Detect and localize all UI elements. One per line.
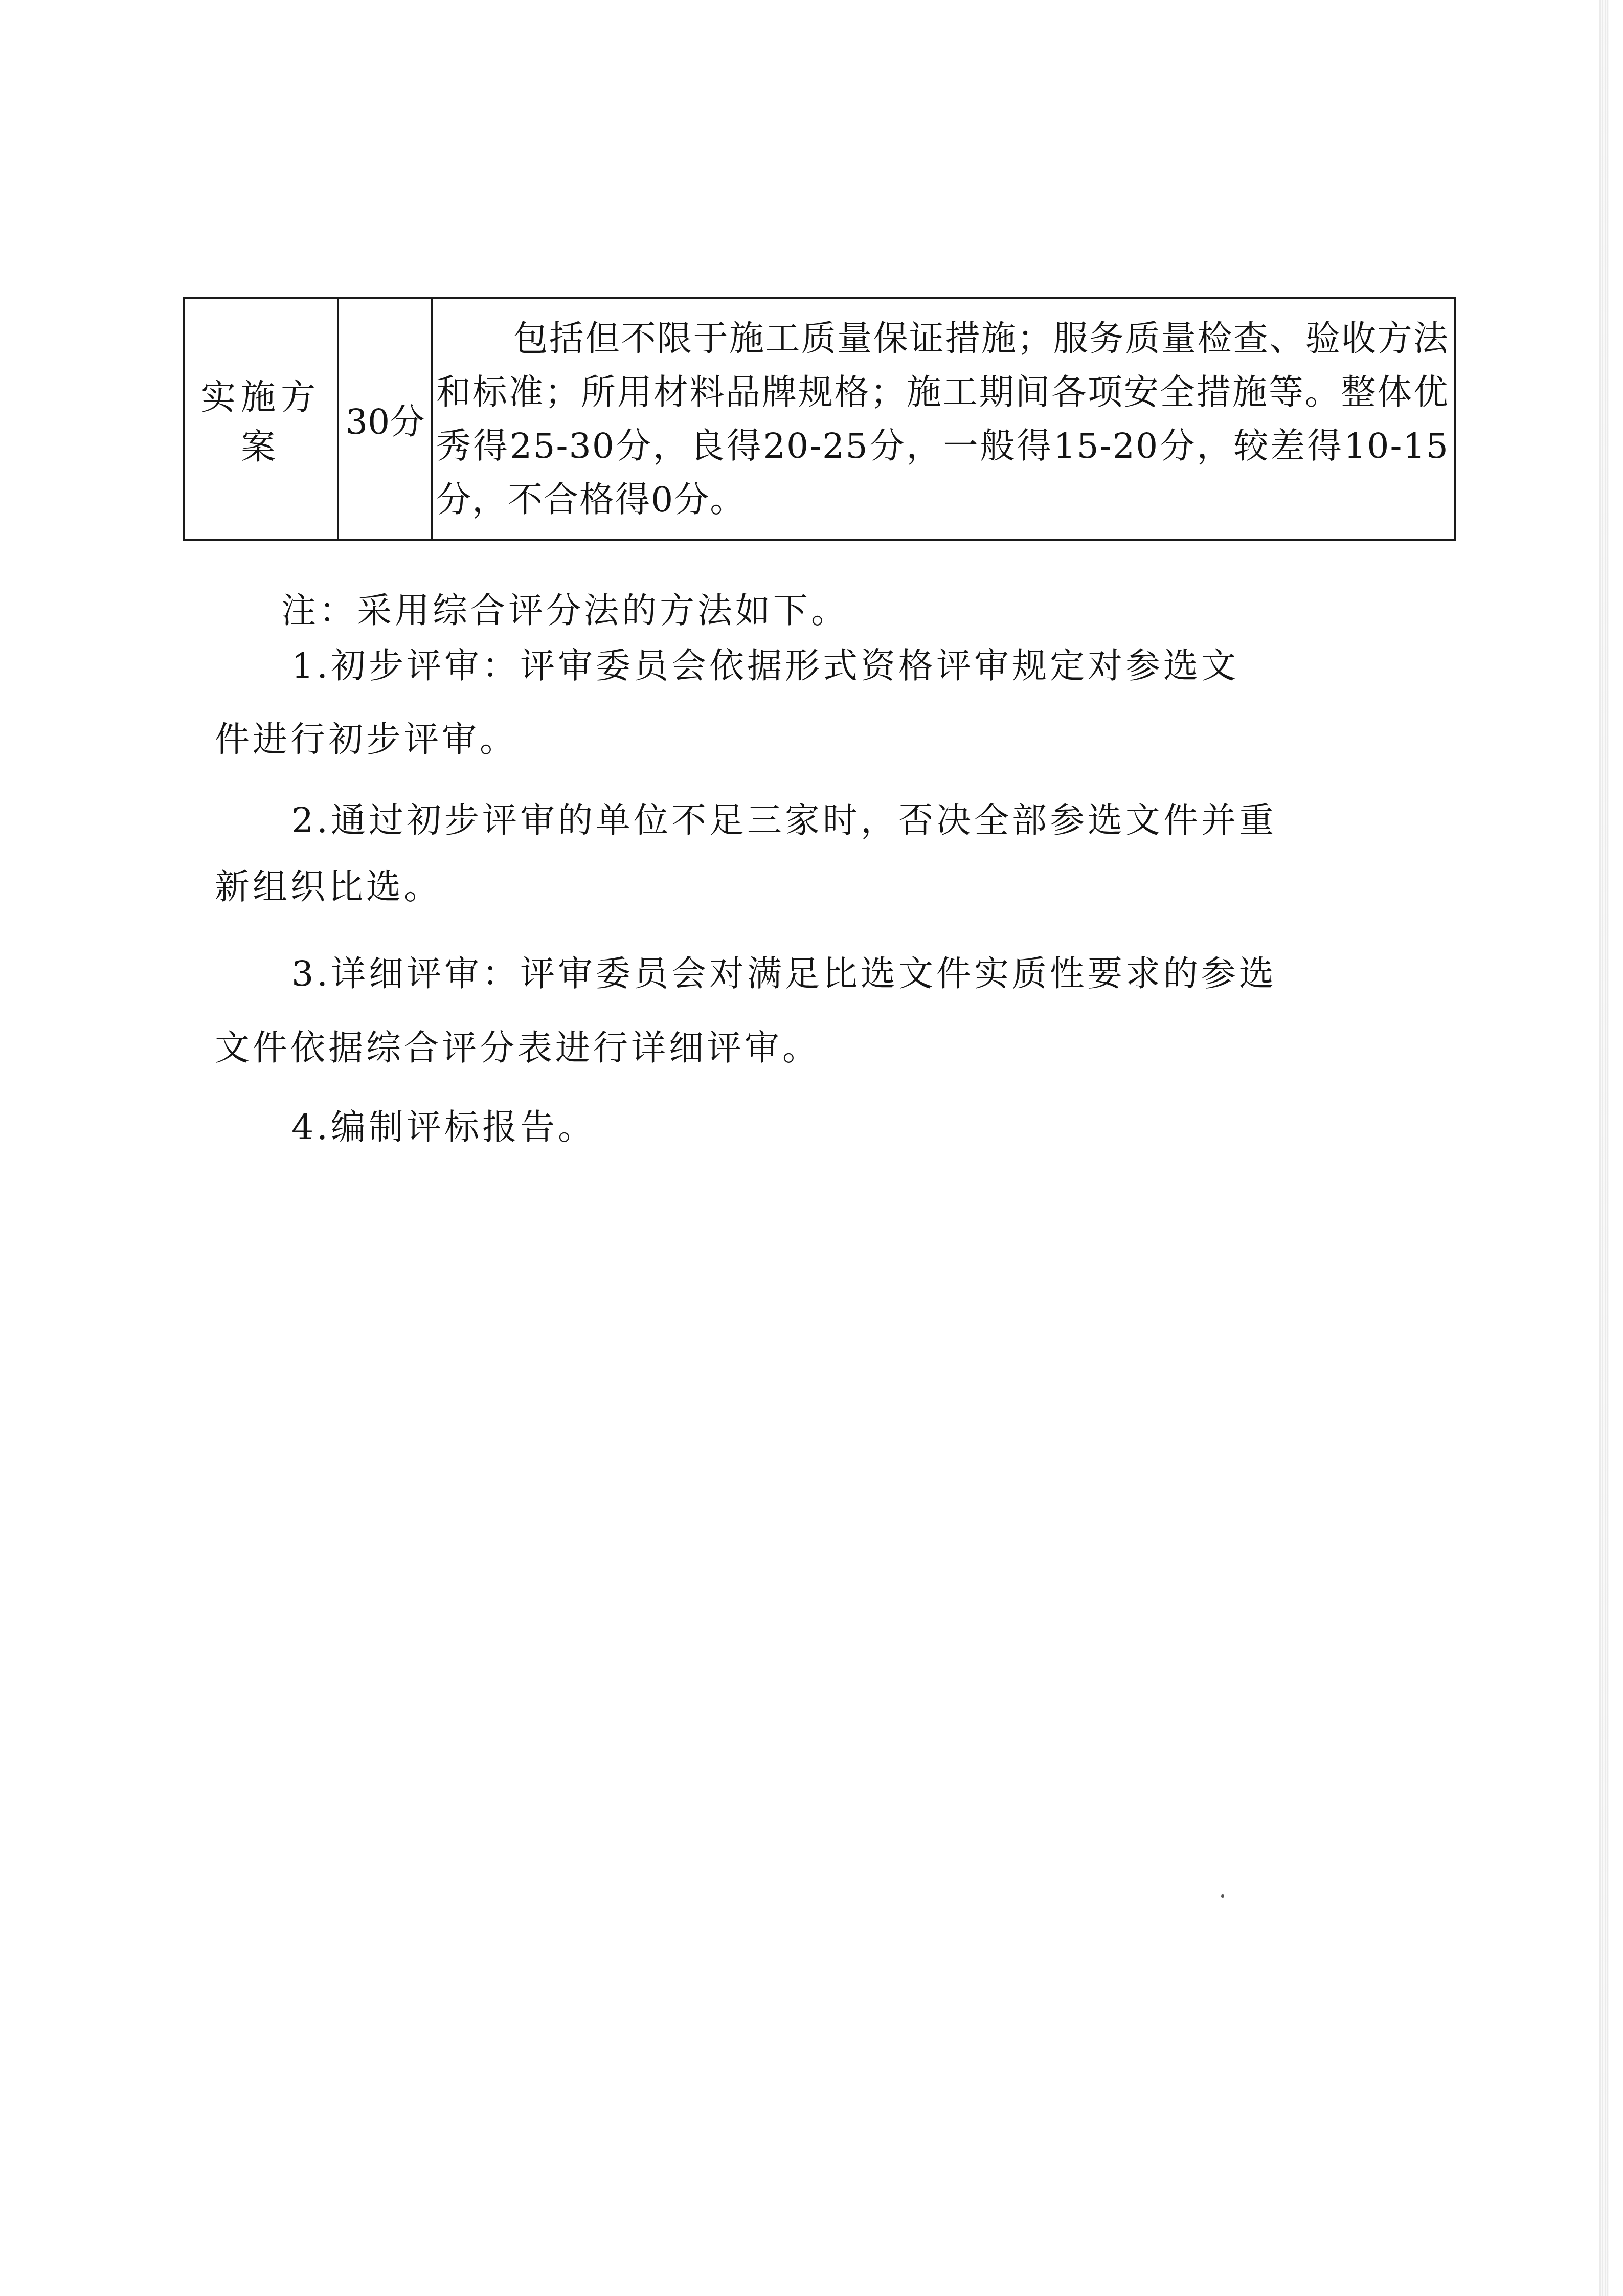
scan-speck [1221, 1894, 1224, 1898]
scanned-page-edge [1599, 0, 1609, 2296]
note-item-4-line-1: 4.编制评标报告。 [291, 1100, 596, 1149]
note-item-1-line-2: 件进行初步评审。 [215, 712, 517, 762]
scoring-table: 实施方案 30分 包括但不限于施工质量保证措施；服务质量检查、验收方法和标准；所… [183, 297, 1456, 541]
note-item-2-line-1: 2.通过初步评审的单位不足三家时，否决全部参选文件并重 [291, 793, 1277, 842]
note-item-3-line-2: 文件依据综合评分表进行详细评审。 [215, 1020, 820, 1070]
scoring-criteria-cell: 包括但不限于施工质量保证措施；服务质量检查、验收方法和标准；所用材料品牌规格；施… [432, 298, 1455, 540]
scoring-item-cell: 实施方案 [184, 298, 338, 540]
scoring-points-cell: 30分 [338, 298, 432, 540]
notes-heading: 注：采用综合评分法的方法如下。 [281, 583, 849, 633]
table-row: 实施方案 30分 包括但不限于施工质量保证措施；服务质量检查、验收方法和标准；所… [184, 298, 1455, 540]
scoring-criteria-text: 包括但不限于施工质量保证措施；服务质量检查、验收方法和标准；所用材料品牌规格；施… [436, 319, 1449, 520]
note-item-3-line-1: 3.详细评审：评审委员会对满足比选文件实质性要求的参选 [291, 946, 1277, 996]
note-item-2-line-2: 新组织比选。 [215, 859, 442, 909]
note-item-1-line-1: 1.初步评审：评审委员会依据形式资格评审规定对参选文 [291, 638, 1239, 688]
